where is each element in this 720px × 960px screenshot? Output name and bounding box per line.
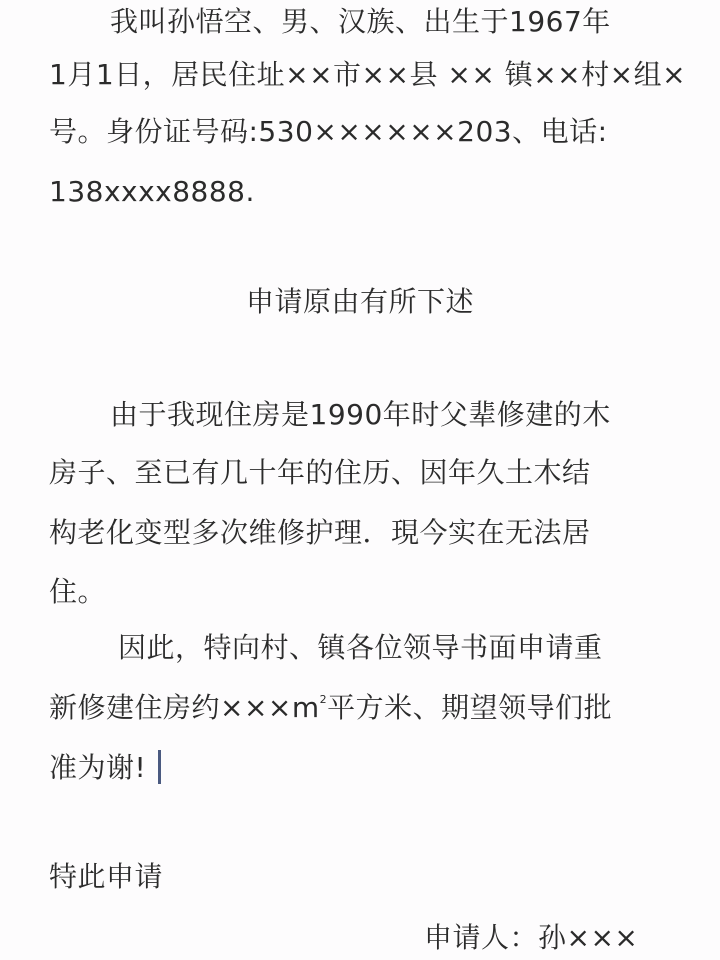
document-page[interactable]: 我叫孙悟空、男、汉族、出生于1967年 1月1日，居民住址××市××县 ×× 镇… — [0, 0, 720, 960]
section-heading: 申请原由有所下述 — [0, 282, 720, 322]
square-superscript: 2 — [320, 693, 328, 706]
paragraph-3-line-2-text-end: 平方米、期望领导们批 — [327, 691, 612, 724]
paragraph-2-line-3: 构老化变型多次维修护理．現今实在无法居 — [49, 513, 591, 553]
paragraph-2-line-1: 由于我现住房是1990年时父辈修建的木 — [110, 395, 611, 435]
paragraph-1-line-1: 我叫孙悟空、男、汉族、出生于1967年 — [110, 2, 611, 42]
signature: 申请人：孙××× — [424, 918, 638, 958]
paragraph-3-line-3-text: 准为谢! — [49, 751, 146, 784]
paragraph-3-line-2: 新修建住房约×××m2平方米、期望领导们批 — [49, 688, 612, 728]
paragraph-3-line-1: 因此，特向村、镇各位领导书面申请重 — [118, 628, 603, 668]
paragraph-1-line-2: 1月1日，居民住址××市××县 ×× 镇××村×组× — [49, 55, 686, 95]
paragraph-3-line-3: 准为谢! — [49, 748, 161, 788]
closing-text: 特此申请 — [49, 857, 163, 897]
text-cursor[interactable] — [158, 750, 161, 784]
paragraph-2-line-2: 房子、至已有几十年的住历、因年久土木结 — [49, 453, 591, 493]
paragraph-3-line-2-text: 新修建住房约×××m — [49, 691, 320, 724]
paragraph-1-line-3: 号。身份证号码:530××××××203、电话: — [49, 112, 608, 152]
paragraph-2-line-4: 住。 — [49, 572, 106, 612]
paragraph-1-line-4: 138xxxx8888. — [49, 172, 255, 212]
